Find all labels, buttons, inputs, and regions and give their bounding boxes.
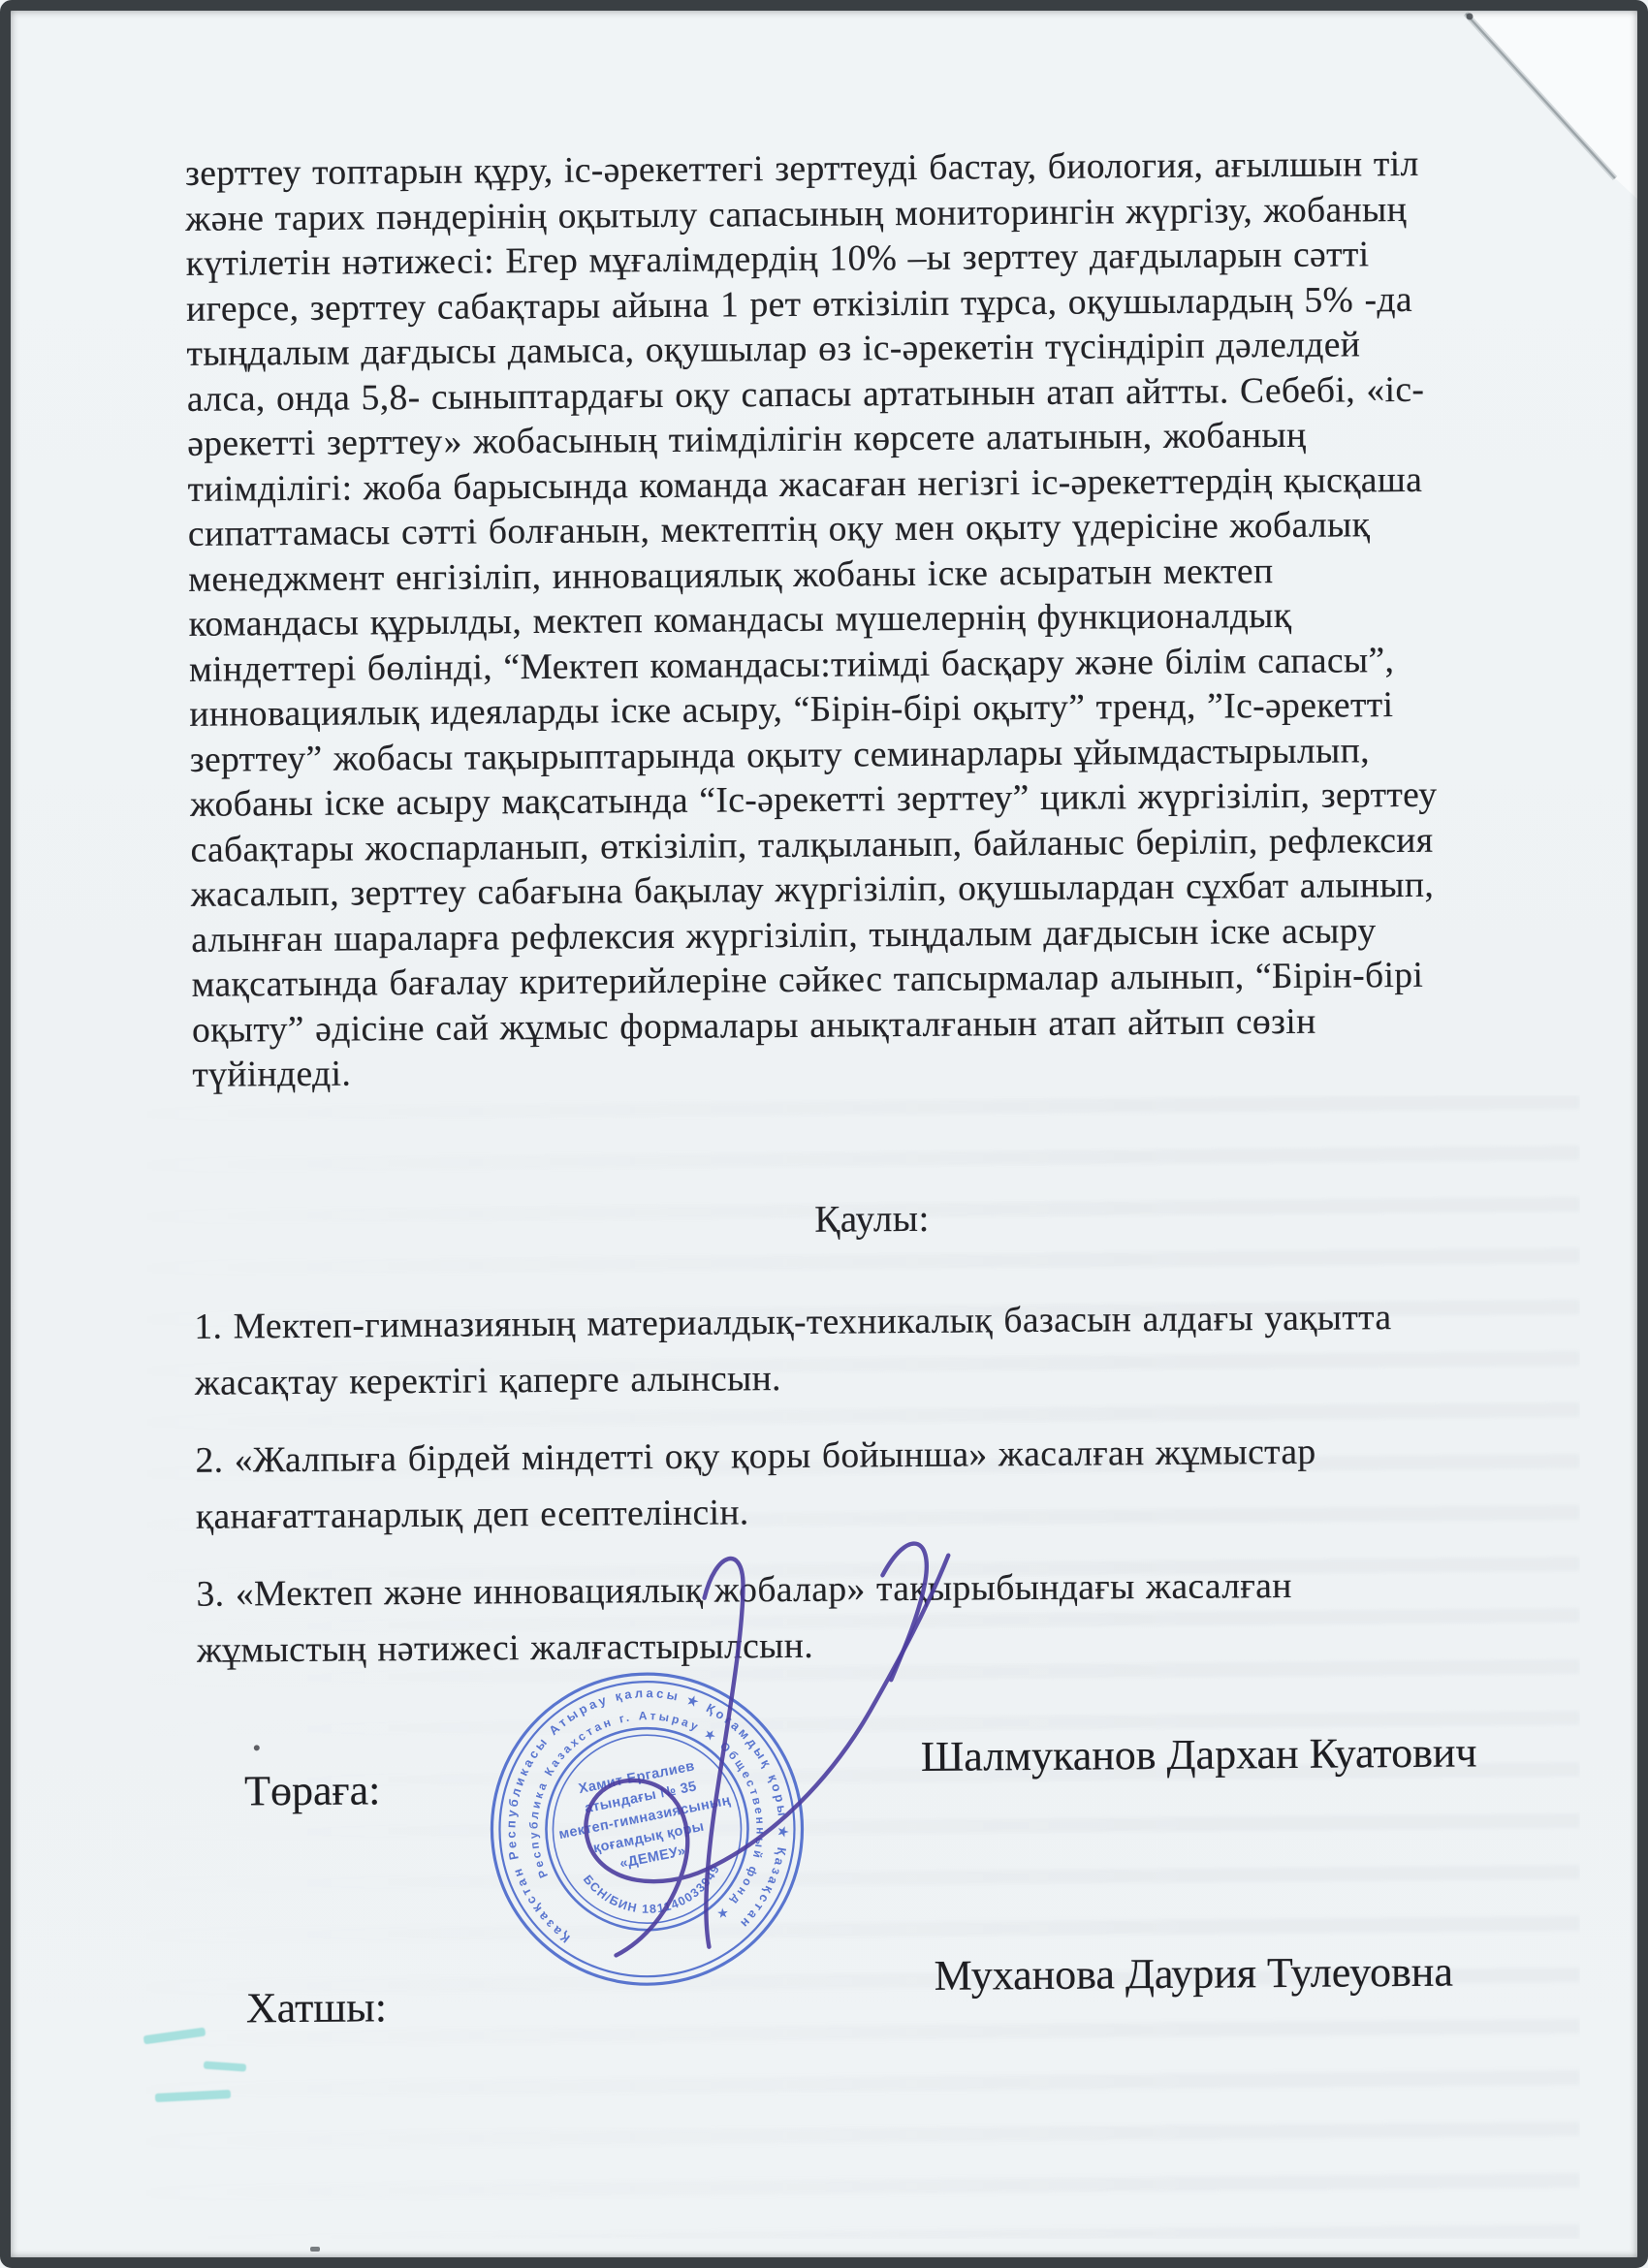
scanned-document-page: зерттеу топтарын құру, іс-әрекеттегі зер…	[0, 0, 1648, 2268]
document-content: зерттеу топтарын құру, іс-әрекеттегі зер…	[0, 0, 1648, 2268]
document-paragraph: зерттеу топтарын құру, іс-әрекеттегі зер…	[185, 142, 1579, 1099]
resolution-item-3: 3. «Мектеп және инновациялық жобалар» та…	[196, 1557, 1583, 1680]
round-stamp-icon: Қазақстан Республикасы Атырау қаласы ★ Қ…	[441, 1623, 852, 2034]
text-line: қанағаттанарлық деп есептелінсін.	[196, 1479, 1582, 1546]
resolution-item-2: 2. «Жалпыға бірдей міндетті оқу қоры бой…	[195, 1423, 1582, 1546]
chairman-label: Төраға:	[244, 1765, 381, 1815]
resolution-item-1: 1. Мектеп-гимназияның материалдық-техник…	[194, 1289, 1581, 1412]
text-line: жұмыстың нәтижесі жалғастырылсын.	[197, 1613, 1583, 1680]
resolution-heading: Қаулы:	[193, 1192, 1550, 1246]
secretary-name: Муханова Даурия Тулеуовна	[934, 1947, 1453, 2000]
text-line: жасақтау керектігі қаперге алынсын.	[195, 1345, 1581, 1412]
ink-speck	[254, 1745, 260, 1750]
stamp-rings	[464, 1647, 830, 2012]
text-line: 1. Мектеп-гимназияның материалдық-техник…	[194, 1289, 1580, 1356]
chairman-name: Шалмуканов Дархан Куатович	[921, 1727, 1477, 1781]
secretary-label: Хатшы:	[246, 1982, 387, 2032]
scan-speck	[310, 2247, 320, 2252]
